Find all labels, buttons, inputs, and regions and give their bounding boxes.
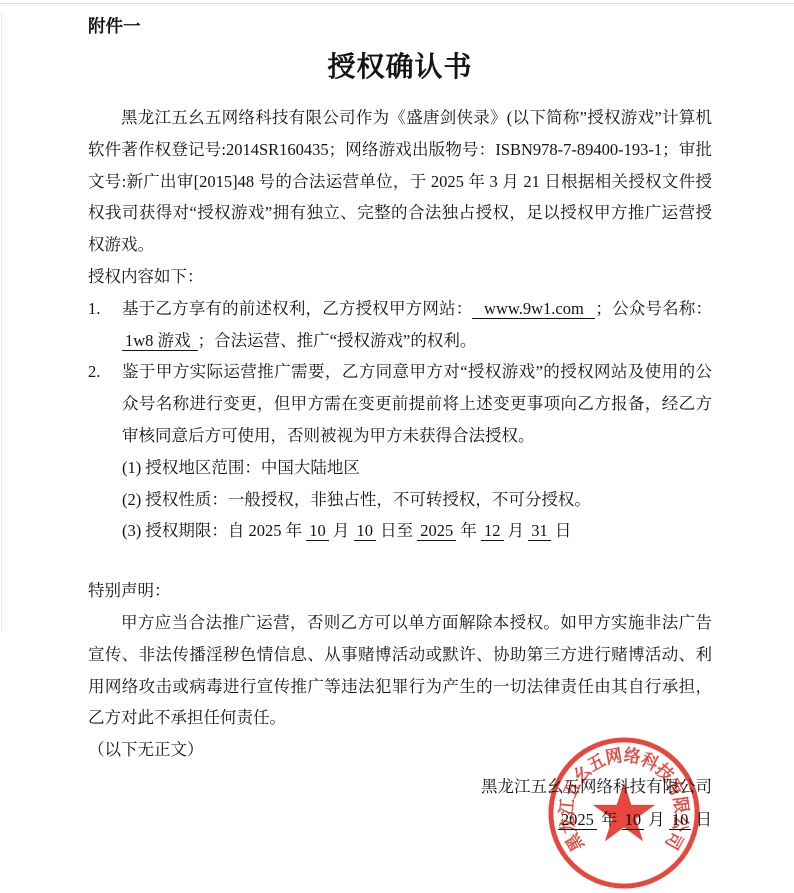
- underlined-text: 10: [354, 521, 377, 541]
- lead-in-line: 授权内容如下：: [88, 261, 712, 293]
- subclause-term: (3) 授权期限：自 2025 年 10 月 10 日至 2025 年 12 月…: [122, 515, 712, 547]
- page-left-edge: [1, 12, 2, 632]
- text-segment: ；合法运营、推广“授权游戏”的权利。: [198, 331, 477, 350]
- text-segment: 基于乙方享有的前述权利，乙方授权甲方网站：: [122, 299, 472, 318]
- text-segment: (3) 授权期限：自 2025 年: [122, 521, 306, 540]
- underlined-text: www.9w1.com: [472, 299, 595, 319]
- underlined-text: 1w8 游戏: [122, 331, 198, 351]
- signature-block: 黑龙江五幺五网络科技有限公司 2025 年 10 月 10 日: [88, 770, 712, 836]
- text-segment: 年: [456, 521, 481, 540]
- text-segment: (1) 授权地区范围：中国大陆地区: [122, 458, 360, 477]
- subclause-region: (1) 授权地区范围：中国大陆地区: [122, 452, 712, 484]
- text-segment: 月: [644, 810, 669, 829]
- underlined-text: 12: [481, 521, 504, 541]
- underlined-text: 10: [669, 810, 692, 830]
- intro-paragraph: 黑龙江五幺五网络科技有限公司作为《盛唐剑侠录》(以下简称”授权游戏”计算机软件著…: [88, 102, 712, 261]
- special-declaration-heading: 特别声明：: [88, 575, 712, 607]
- item-2-text: 鉴于甲方实际运营推广需要，乙方同意甲方对“授权游戏”的授权网站及使用的公众号名称…: [122, 356, 712, 451]
- underlined-text: 10: [306, 521, 329, 541]
- text-segment: 月: [329, 521, 354, 540]
- attachment-label: 附件一: [88, 14, 712, 38]
- special-declaration-paragraph: 甲方应当合法推广运营，否则乙方可以单方面解除本授权。如甲方实施非法广告宣传、非法…: [88, 607, 712, 734]
- document-title: 授权确认书: [88, 47, 712, 87]
- authorization-item-2: 2. 鉴于甲方实际运营推广需要，乙方同意甲方对“授权游戏”的授权网站及使用的公众…: [88, 356, 712, 451]
- text-segment: (2) 授权性质：一般授权，非独占性，不可转授权，不可分授权。: [122, 490, 591, 509]
- item-2-number: 2.: [88, 356, 122, 451]
- text-segment: 日: [551, 521, 572, 540]
- subclause-nature: (2) 授权性质：一般授权，非独占性，不可转授权，不可分授权。: [122, 484, 712, 516]
- text-segment: 日: [691, 810, 712, 829]
- document-content: 附件一 授权确认书 黑龙江五幺五网络科技有限公司作为《盛唐剑侠录》(以下简称”授…: [88, 14, 712, 836]
- signature-company: 黑龙江五幺五网络科技有限公司: [88, 770, 712, 803]
- underlined-text: 2025: [558, 810, 597, 830]
- text-segment: 月: [504, 521, 529, 540]
- document-page: 附件一 授权确认书 黑龙江五幺五网络科技有限公司作为《盛唐剑侠录》(以下简称”授…: [0, 0, 794, 893]
- page-top-edge: [0, 3, 794, 4]
- underlined-text: 31: [528, 521, 551, 541]
- text-segment: ；公众号名称：: [595, 299, 712, 318]
- no-more-text-note: （以下无正文）: [88, 734, 712, 766]
- signature-date: 2025 年 10 月 10 日: [88, 803, 712, 836]
- underlined-text: 10: [622, 810, 645, 830]
- item-1-text: 基于乙方享有的前述权利，乙方授权甲方网站： www.9w1.com ；公众号名称…: [122, 293, 712, 357]
- text-segment: 日至: [376, 521, 417, 540]
- underlined-text: 2025: [417, 521, 456, 541]
- authorization-item-1: 1. 基于乙方享有的前述权利，乙方授权甲方网站： www.9w1.com ；公众…: [88, 293, 712, 357]
- item-1-number: 1.: [88, 293, 122, 357]
- text-segment: 鉴于甲方实际运营推广需要，乙方同意甲方对“授权游戏”的授权网站及使用的公众号名称…: [122, 362, 712, 445]
- text-segment: 年: [597, 810, 622, 829]
